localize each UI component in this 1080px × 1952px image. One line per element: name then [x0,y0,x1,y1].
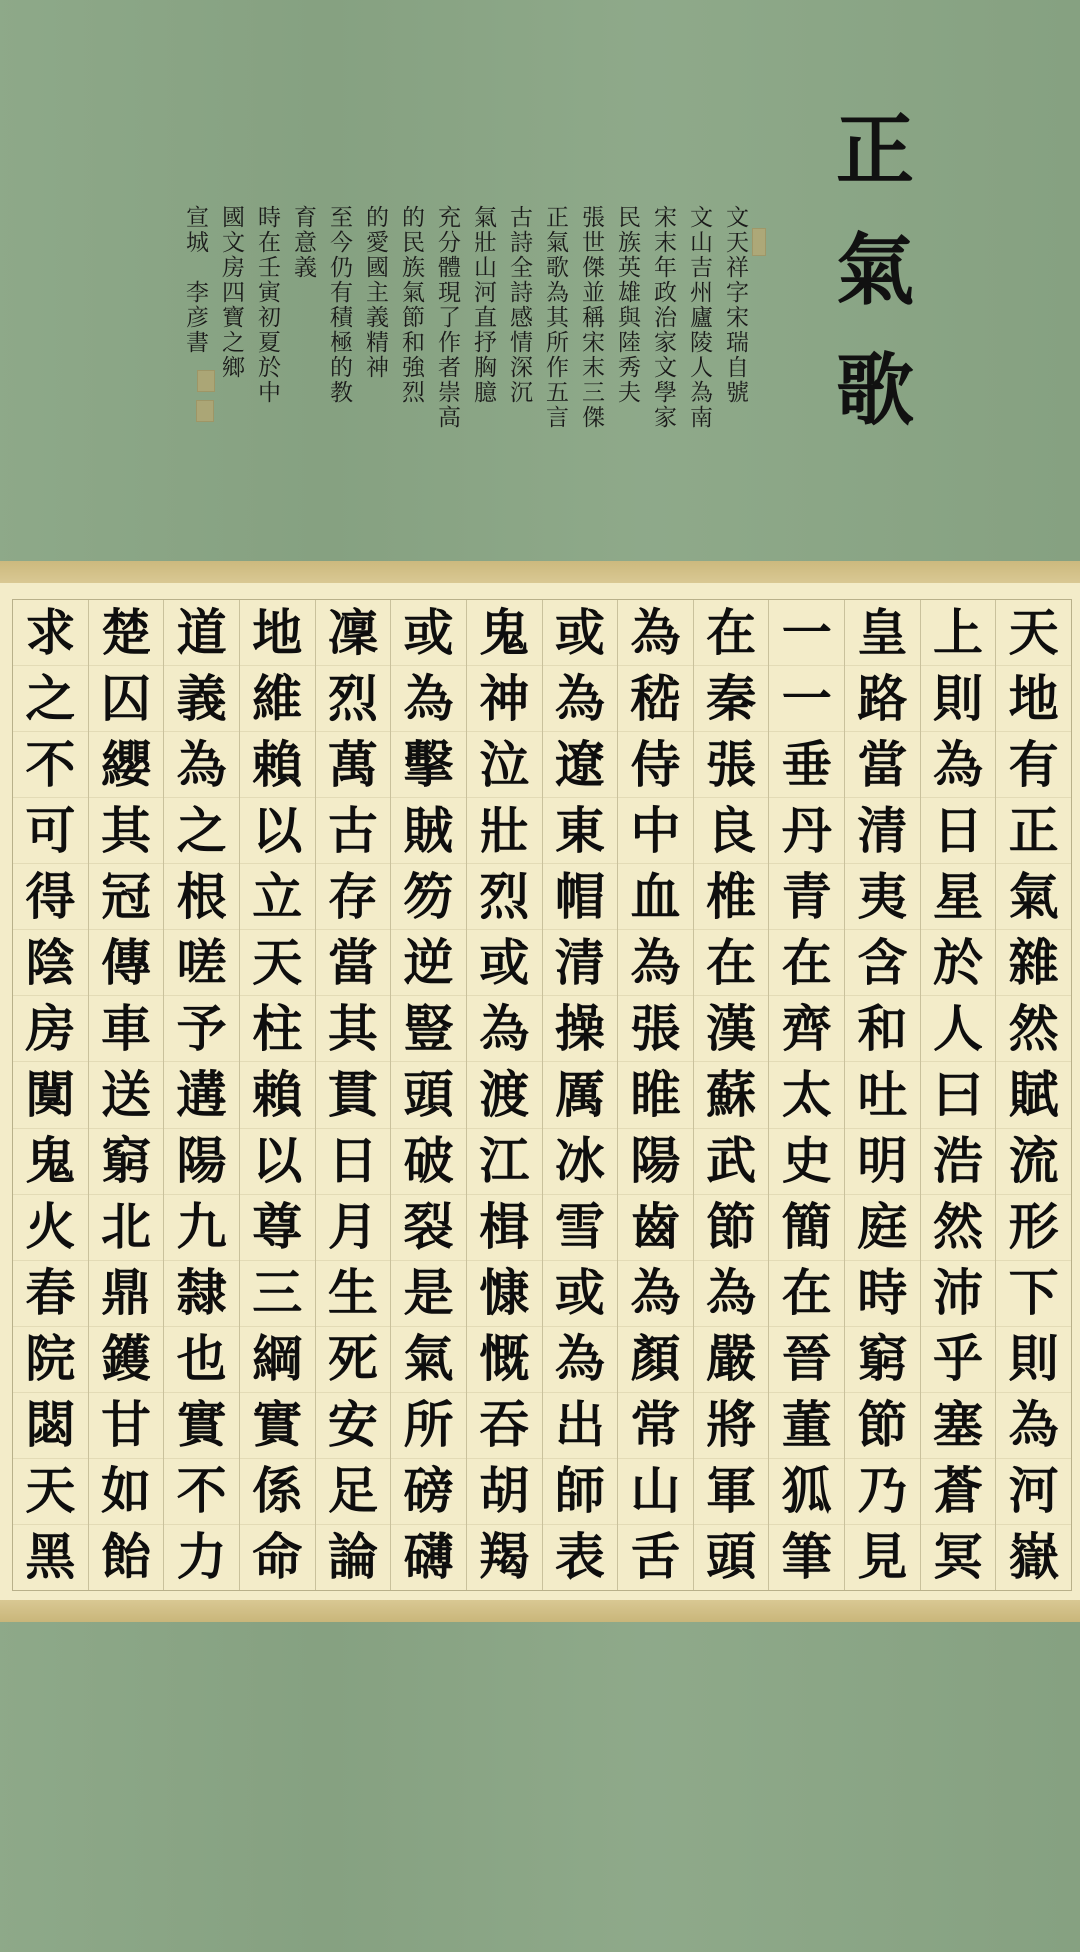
character-cell: 不 [13,732,88,798]
colophon-column: 至今仍有積極的教 [324,205,354,455]
character-cell: 甘 [89,1393,164,1459]
character-cell: 狐 [769,1459,844,1525]
character-cell: 董 [769,1393,844,1459]
character-cell: 賦 [996,1062,1071,1128]
character-cell: 死 [316,1327,391,1393]
colophon-column: 民族英雄與陸秀夫 [612,205,642,455]
character-cell: 慷 [467,1261,542,1327]
title-char: 正 [836,112,914,190]
character-cell: 塞 [921,1393,996,1459]
character-cell: 見 [845,1525,920,1590]
colophon-column: 育意義 [288,205,318,455]
colophon-column: 的愛國主義精神 [360,205,390,455]
mount-border-bottom [0,1600,1080,1622]
character-cell: 凜 [316,600,391,666]
seal-icon [197,370,215,392]
character-cell: 中 [618,798,693,864]
character-cell: 窮 [845,1327,920,1393]
text-column: 皇路當清夷含和吐明庭時窮節乃見 [844,600,920,1590]
character-cell: 遼 [543,732,618,798]
character-cell: 渡 [467,1062,542,1128]
character-cell: 操 [543,996,618,1062]
character-cell: 纓 [89,732,164,798]
character-cell: 囚 [89,666,164,732]
character-cell: 楫 [467,1195,542,1261]
character-cell: 厲 [543,1062,618,1128]
character-cell: 如 [89,1459,164,1525]
character-cell: 軍 [694,1459,769,1525]
character-cell: 求 [13,600,88,666]
character-cell: 鑊 [89,1327,164,1393]
character-cell: 夷 [845,864,920,930]
character-cell: 在 [694,930,769,996]
character-cell: 根 [164,864,239,930]
character-cell: 也 [164,1327,239,1393]
seal-icon [752,228,766,256]
character-cell: 天 [240,930,315,996]
character-cell: 蘇 [694,1062,769,1128]
colophon-column: 的民族氣節和強烈 [396,205,426,455]
character-cell: 流 [996,1129,1071,1195]
character-cell: 蒼 [921,1459,996,1525]
character-cell: 良 [694,798,769,864]
main-text-panel: 天地有正氣雜然賦流形下則為河嶽上則為日星於人曰浩然沛乎塞蒼冥皇路當清夷含和吐明庭… [0,561,1080,1622]
character-cell: 北 [89,1195,164,1261]
character-cell: 之 [164,798,239,864]
character-cell: 為 [391,666,466,732]
character-cell: 磅 [391,1459,466,1525]
character-cell: 冥 [921,1525,996,1590]
character-cell: 其 [316,996,391,1062]
character-cell: 賊 [391,798,466,864]
text-column: 上則為日星於人曰浩然沛乎塞蒼冥 [920,600,996,1590]
character-cell: 月 [316,1195,391,1261]
character-cell: 闃 [13,1062,88,1128]
character-cell: 氣 [391,1327,466,1393]
character-cell: 含 [845,930,920,996]
character-cell: 當 [316,930,391,996]
character-cell: 窮 [89,1129,164,1195]
character-cell: 地 [240,600,315,666]
character-cell: 嚴 [694,1327,769,1393]
text-column: 或為擊賊笏逆豎頭破裂是氣所磅礴 [390,600,466,1590]
character-cell: 為 [618,600,693,666]
text-column: 楚囚纓其冠傳車送窮北鼎鑊甘如飴 [88,600,164,1590]
character-cell: 日 [316,1129,391,1195]
character-cell: 乎 [921,1327,996,1393]
character-cell: 飴 [89,1525,164,1590]
character-cell: 存 [316,864,391,930]
character-cell: 雪 [543,1195,618,1261]
character-cell: 雜 [996,930,1071,996]
character-cell: 隸 [164,1261,239,1327]
character-cell: 於 [921,930,996,996]
character-cell: 為 [996,1393,1071,1459]
character-cell: 河 [996,1459,1071,1525]
character-cell: 在 [769,1261,844,1327]
character-cell: 常 [618,1393,693,1459]
character-cell: 神 [467,666,542,732]
character-cell: 天 [13,1459,88,1525]
character-cell: 然 [996,996,1071,1062]
character-cell: 或 [467,930,542,996]
character-cell: 吐 [845,1062,920,1128]
character-cell: 維 [240,666,315,732]
character-cell: 曰 [921,1062,996,1128]
colophon-column: 古詩全詩感情深沉 [504,205,534,455]
character-cell: 史 [769,1129,844,1195]
character-cell: 不 [164,1459,239,1525]
text-column: 求之不可得陰房闃鬼火春院閟天黑 [13,600,88,1590]
character-cell: 予 [164,996,239,1062]
character-cell: 是 [391,1261,466,1327]
character-cell: 烈 [316,666,391,732]
character-cell: 皇 [845,600,920,666]
character-cell: 古 [316,798,391,864]
character-cell: 以 [240,1129,315,1195]
character-cell: 筆 [769,1525,844,1590]
character-cell: 乃 [845,1459,920,1525]
character-cell: 將 [694,1393,769,1459]
character-cell: 冰 [543,1129,618,1195]
character-grid: 天地有正氣雜然賦流形下則為河嶽上則為日星於人曰浩然沛乎塞蒼冥皇路當清夷含和吐明庭… [12,599,1072,1591]
character-cell: 庭 [845,1195,920,1261]
text-column: 一一垂丹青在齊太史簡在晉董狐筆 [768,600,844,1590]
character-cell: 有 [996,732,1071,798]
character-cell: 顏 [618,1327,693,1393]
character-cell: 火 [13,1195,88,1261]
colophon-column: 正氣歌為其所作五言 [540,205,570,455]
character-cell: 逆 [391,930,466,996]
character-cell: 羯 [467,1525,542,1590]
character-cell: 山 [618,1459,693,1525]
character-cell: 陽 [164,1129,239,1195]
character-cell: 擊 [391,732,466,798]
colophon-column: 國文房四寶之鄉 [216,205,246,455]
character-cell: 吞 [467,1393,542,1459]
character-cell: 為 [467,996,542,1062]
character-cell: 陽 [618,1129,693,1195]
character-cell: 立 [240,864,315,930]
character-cell: 足 [316,1459,391,1525]
character-cell: 星 [921,864,996,930]
character-cell: 係 [240,1459,315,1525]
character-cell: 漢 [694,996,769,1062]
character-cell: 院 [13,1327,88,1393]
character-cell: 太 [769,1062,844,1128]
text-column: 凜烈萬古存當其貫日月生死安足論 [315,600,391,1590]
character-cell: 齒 [618,1195,693,1261]
character-cell: 表 [543,1525,618,1590]
text-column: 鬼神泣壯烈或為渡江楫慷慨吞胡羯 [466,600,542,1590]
colophon-column: 充分體現了作者崇高 [432,205,462,455]
character-cell: 一 [769,600,844,666]
character-cell: 師 [543,1459,618,1525]
character-cell: 日 [921,798,996,864]
character-cell: 賴 [240,732,315,798]
character-cell: 壯 [467,798,542,864]
character-cell: 笏 [391,864,466,930]
character-cell: 丹 [769,798,844,864]
character-cell: 尊 [240,1195,315,1261]
character-cell: 齊 [769,996,844,1062]
colophon-column: 時在壬寅初夏於中 [252,205,282,455]
character-cell: 閟 [13,1393,88,1459]
character-cell: 嶽 [996,1525,1071,1590]
character-cell: 為 [618,930,693,996]
character-cell: 浩 [921,1129,996,1195]
character-cell: 帽 [543,864,618,930]
colophon-column: 文天祥字宋瑞自號 [720,205,750,455]
character-cell: 在 [694,600,769,666]
character-cell: 血 [618,864,693,930]
character-cell: 為 [694,1261,769,1327]
character-cell: 頭 [694,1525,769,1590]
character-cell: 垂 [769,732,844,798]
character-cell: 沛 [921,1261,996,1327]
character-cell: 貫 [316,1062,391,1128]
scroll-title: 正 氣 歌 [820,112,930,430]
character-cell: 則 [996,1327,1071,1393]
character-cell: 舌 [618,1525,693,1590]
character-cell: 在 [769,930,844,996]
character-cell: 烈 [467,864,542,930]
character-cell: 出 [543,1393,618,1459]
character-cell: 其 [89,798,164,864]
character-cell: 或 [543,1261,618,1327]
text-column: 在秦張良椎在漢蘇武節為嚴將軍頭 [693,600,769,1590]
character-cell: 破 [391,1129,466,1195]
character-cell: 清 [845,798,920,864]
character-cell: 遘 [164,1062,239,1128]
character-cell: 人 [921,996,996,1062]
character-cell: 鬼 [13,1129,88,1195]
character-cell: 椎 [694,864,769,930]
character-cell: 黑 [13,1525,88,1590]
colophon-column: 張世傑並稱宋末三傑 [576,205,606,455]
text-column: 道義為之根嗟予遘陽九隸也實不力 [163,600,239,1590]
character-cell: 當 [845,732,920,798]
character-cell: 為 [618,1261,693,1327]
character-cell: 地 [996,666,1071,732]
character-cell: 江 [467,1129,542,1195]
character-cell: 張 [618,996,693,1062]
character-cell: 或 [391,600,466,666]
character-cell: 萬 [316,732,391,798]
character-cell: 論 [316,1525,391,1590]
mount-border-top [0,561,1080,583]
character-cell: 清 [543,930,618,996]
character-cell: 冠 [89,864,164,930]
character-cell: 鬼 [467,600,542,666]
character-cell: 礴 [391,1525,466,1590]
character-cell: 則 [921,666,996,732]
character-cell: 和 [845,996,920,1062]
character-cell: 道 [164,600,239,666]
character-cell: 車 [89,996,164,1062]
character-cell: 以 [240,798,315,864]
character-cell: 路 [845,666,920,732]
character-cell: 東 [543,798,618,864]
character-cell: 義 [164,666,239,732]
character-cell: 送 [89,1062,164,1128]
character-cell: 時 [845,1261,920,1327]
character-cell: 實 [240,1393,315,1459]
character-cell: 秦 [694,666,769,732]
character-cell: 張 [694,732,769,798]
character-cell: 春 [13,1261,88,1327]
character-cell: 實 [164,1393,239,1459]
character-cell: 明 [845,1129,920,1195]
colophon: 文天祥字宋瑞自號 文山吉州廬陵人為南 宋末年政治家文學家 民族英雄與陸秀夫 張世… [190,205,750,455]
character-cell: 天 [996,600,1071,666]
character-cell: 九 [164,1195,239,1261]
character-cell: 泣 [467,732,542,798]
seal-icon [196,400,214,422]
character-cell: 陰 [13,930,88,996]
text-column: 為嵇侍中血為張睢陽齒為顏常山舌 [617,600,693,1590]
character-cell: 形 [996,1195,1071,1261]
character-cell: 頭 [391,1062,466,1128]
colophon-column: 宋末年政治家文學家 [648,205,678,455]
character-cell: 上 [921,600,996,666]
character-cell: 為 [543,1327,618,1393]
colophon-column: 文山吉州廬陵人為南 [684,205,714,455]
title-char: 歌 [836,352,914,430]
character-cell: 豎 [391,996,466,1062]
character-cell: 傳 [89,930,164,996]
character-cell: 嵇 [618,666,693,732]
character-cell: 所 [391,1393,466,1459]
character-cell: 簡 [769,1195,844,1261]
character-cell: 節 [845,1393,920,1459]
character-cell: 然 [921,1195,996,1261]
character-cell: 睢 [618,1062,693,1128]
character-cell: 下 [996,1261,1071,1327]
character-cell: 嗟 [164,930,239,996]
character-cell: 房 [13,996,88,1062]
character-cell: 為 [164,732,239,798]
text-column: 地維賴以立天柱賴以尊三綱實係命 [239,600,315,1590]
character-cell: 侍 [618,732,693,798]
character-cell: 生 [316,1261,391,1327]
character-cell: 慨 [467,1327,542,1393]
character-cell: 賴 [240,1062,315,1128]
character-cell: 武 [694,1129,769,1195]
character-cell: 之 [13,666,88,732]
character-cell: 一 [769,666,844,732]
paper: 天地有正氣雜然賦流形下則為河嶽上則為日星於人曰浩然沛乎塞蒼冥皇路當清夷含和吐明庭… [0,583,1080,1600]
character-cell: 命 [240,1525,315,1590]
character-cell: 為 [543,666,618,732]
character-cell: 正 [996,798,1071,864]
character-cell: 為 [921,732,996,798]
character-cell: 氣 [996,864,1071,930]
character-cell: 楚 [89,600,164,666]
character-cell: 安 [316,1393,391,1459]
character-cell: 或 [543,600,618,666]
character-cell: 可 [13,798,88,864]
character-cell: 綱 [240,1327,315,1393]
character-cell: 得 [13,864,88,930]
text-column: 天地有正氣雜然賦流形下則為河嶽 [995,600,1071,1590]
character-cell: 柱 [240,996,315,1062]
character-cell: 三 [240,1261,315,1327]
character-cell: 力 [164,1525,239,1590]
character-cell: 節 [694,1195,769,1261]
title-char: 氣 [836,232,914,310]
character-cell: 晉 [769,1327,844,1393]
character-cell: 裂 [391,1195,466,1261]
colophon-column: 氣壯山河直抒胸臆 [468,205,498,455]
text-column: 或為遼東帽清操厲冰雪或為出師表 [542,600,618,1590]
character-cell: 胡 [467,1459,542,1525]
character-cell: 青 [769,864,844,930]
character-cell: 鼎 [89,1261,164,1327]
